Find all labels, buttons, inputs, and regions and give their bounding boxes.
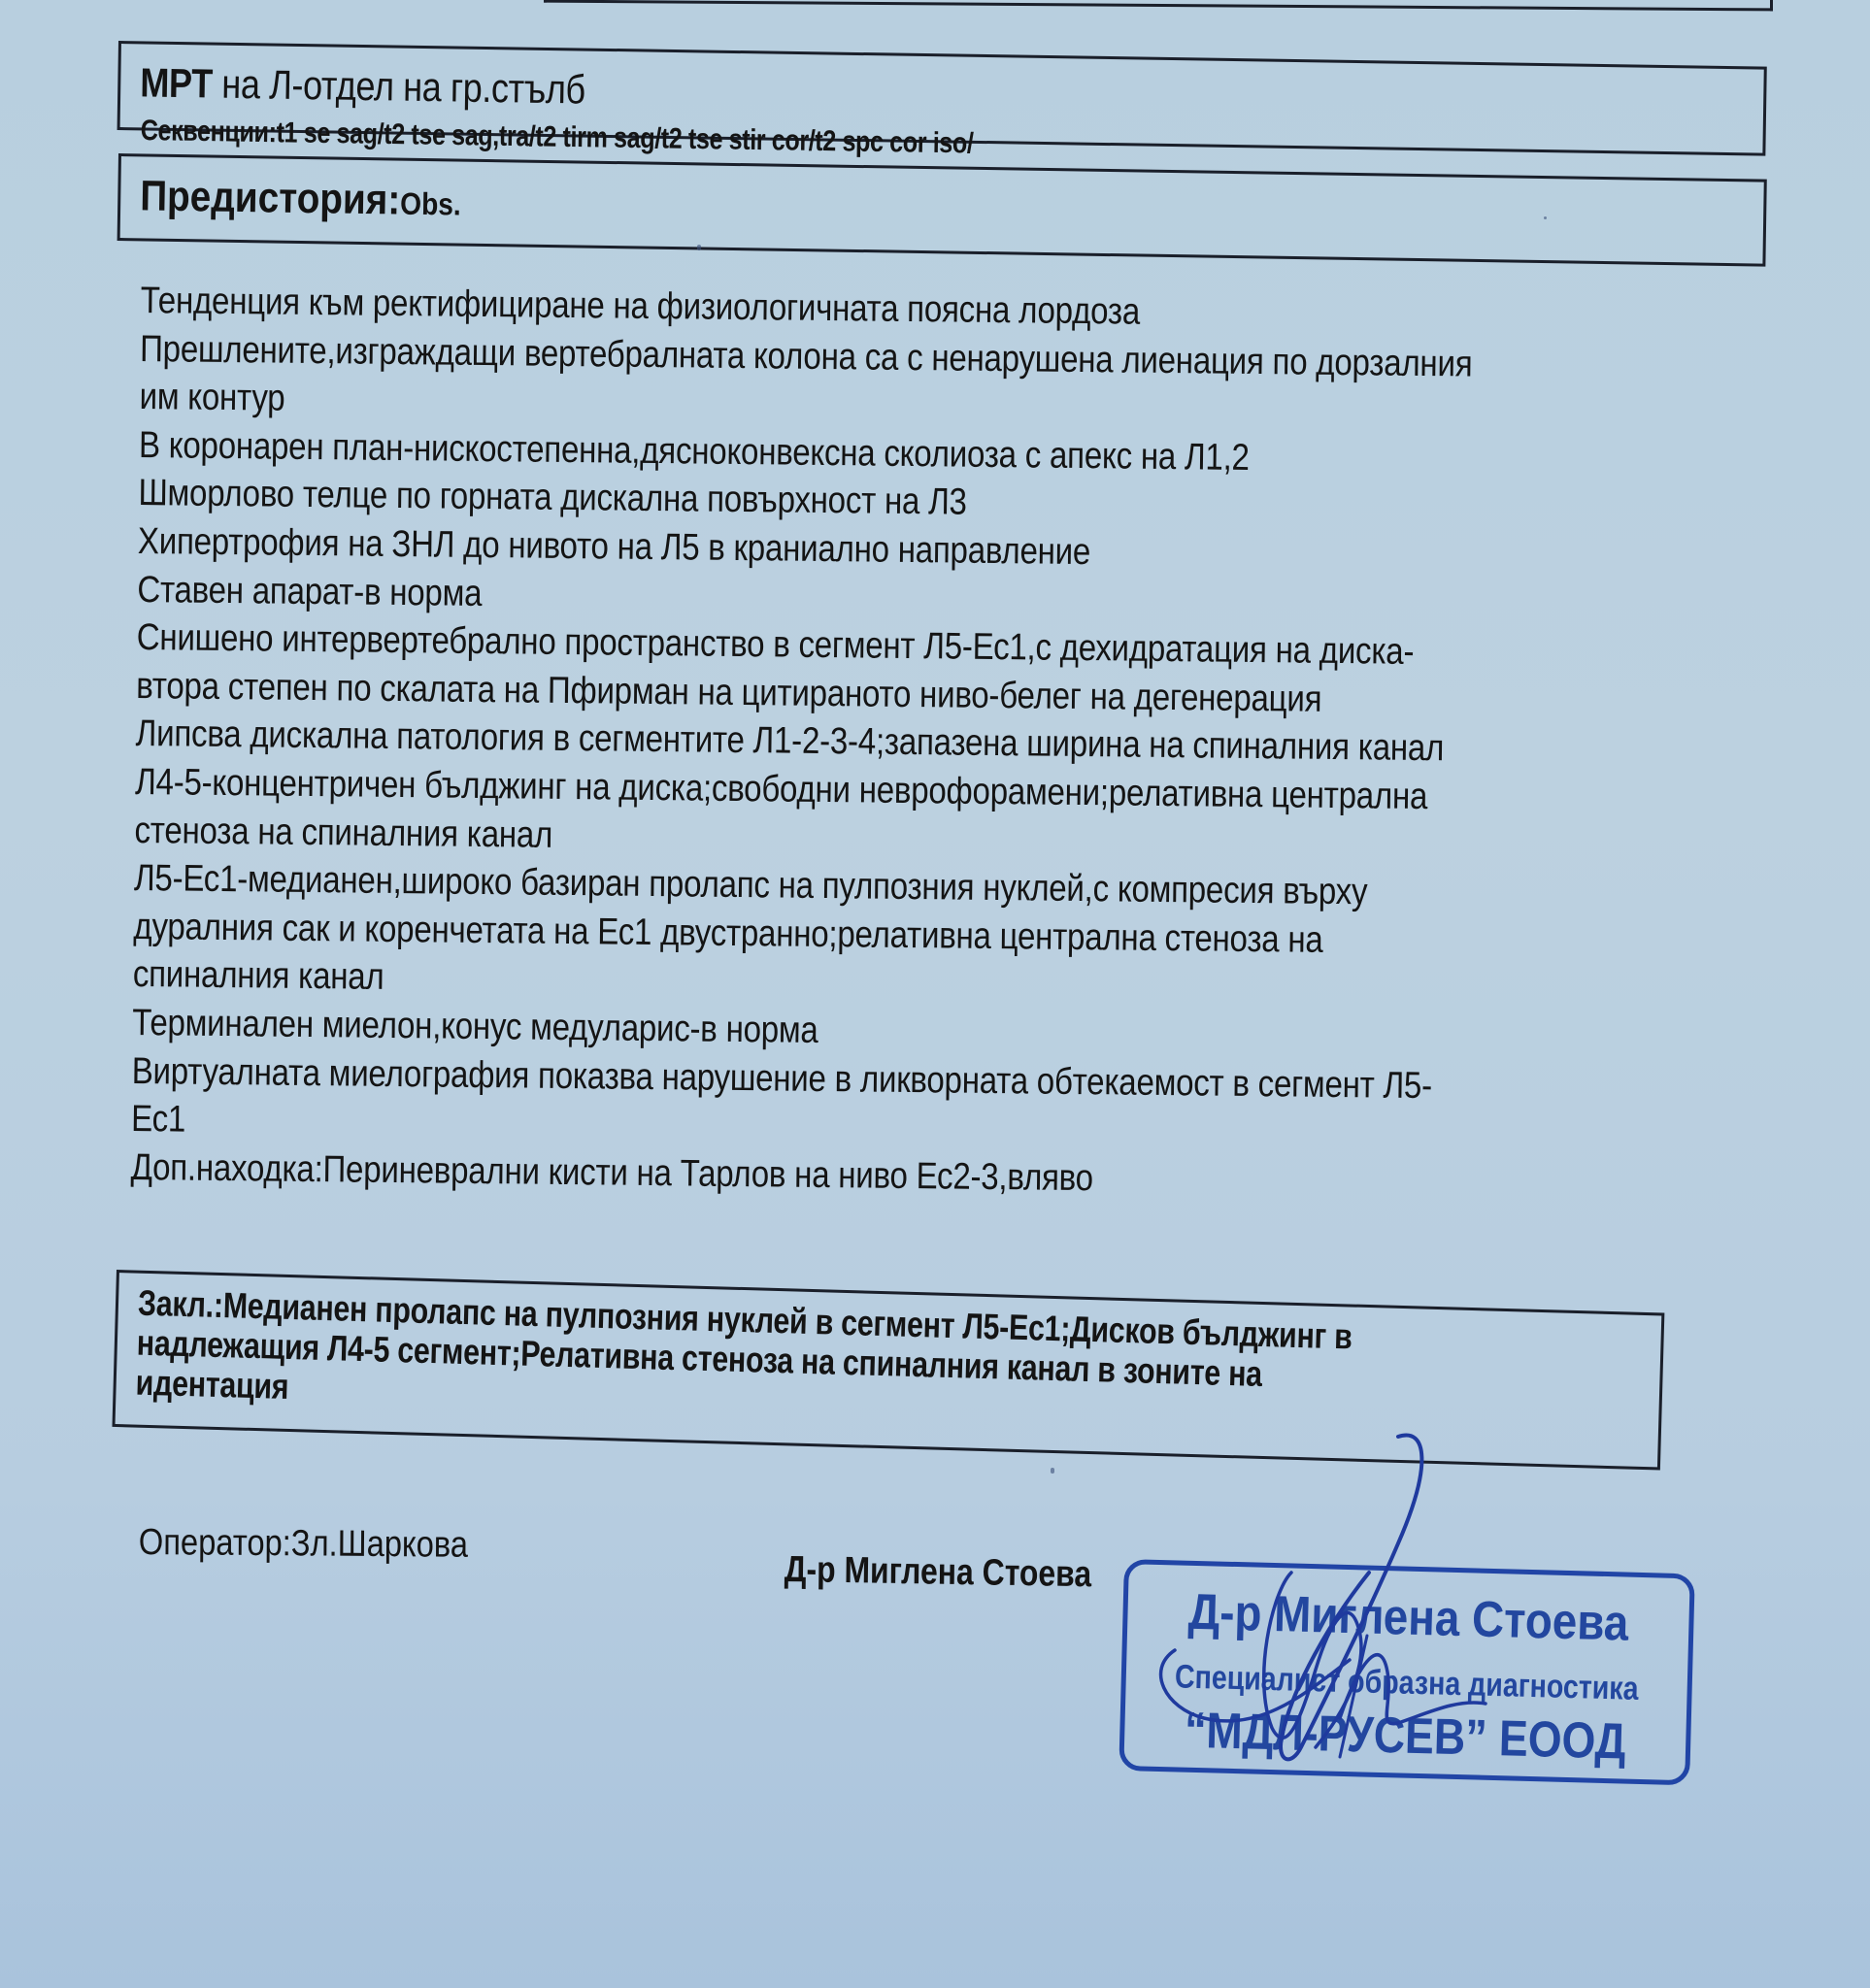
conclusion-box: Закл.:Медианен пролапс на пулпозния нукл… [112, 1270, 1664, 1470]
history-line: Предистория:Obs. [140, 172, 461, 225]
report-title-region: на Л-отдел на гр.стълб [212, 61, 585, 113]
stamp-company: “МДЛ-РУСЕВ” ЕООД [1163, 1701, 1647, 1772]
stamp-doctor-name: Д-р Миглена Стоева [1160, 1582, 1655, 1653]
paper-speck [1544, 216, 1547, 219]
paper-speck [697, 245, 701, 250]
report-title: МРТ на Л-отдел на гр.стълб [140, 59, 585, 113]
operator-name: Оператор:Зл.Шаркова [139, 1522, 468, 1567]
findings-section: Тенденция към ректифициране на физиологи… [130, 277, 1655, 1209]
stamp-specialty: Специалист образна диагностика [1171, 1658, 1643, 1708]
history-box: Предистория:Obs. [117, 153, 1767, 267]
history-label: Предистория: [140, 172, 401, 223]
report-title-modality: МРТ [140, 59, 213, 106]
medical-report-page: МРТ на Л-отдел на гр.стълб Секвенции:t1 … [0, 0, 1870, 1988]
previous-section-box-edge [544, 0, 1773, 11]
paper-speck [1051, 1468, 1054, 1474]
history-value: Obs. [400, 186, 461, 222]
doctor-name: Д-р Миглена Стоева [784, 1549, 1091, 1596]
conclusion-text: Закл.:Медианен пролапс на пулпозния нукл… [135, 1283, 1870, 1451]
doctor-stamp: Д-р Миглена Стоева Специалист образна ди… [1119, 1559, 1695, 1785]
